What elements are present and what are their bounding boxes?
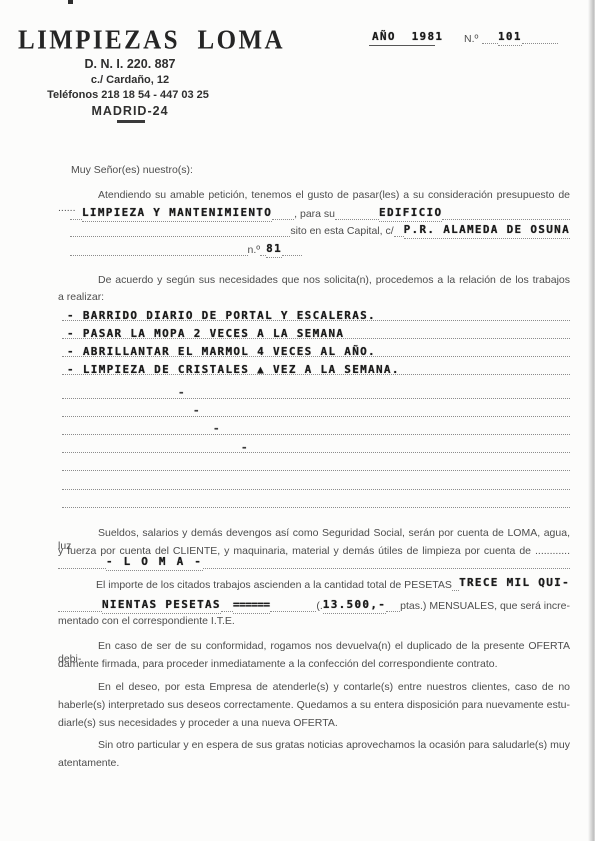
- amount-strike: ======: [233, 598, 270, 614]
- blank-dotted-line: [62, 489, 570, 490]
- para-su-label: , para su: [294, 208, 335, 222]
- sito-label: sito en esta Capital, c/: [290, 225, 393, 239]
- closing-para3-line2: atentamente.: [58, 757, 570, 770]
- numero-value: 81: [266, 242, 282, 258]
- leader-dots: [58, 566, 106, 569]
- amount-figures-line: NIENTAS PESETAS ====== (. 13.500,- ptas.…: [58, 597, 570, 614]
- amount-intro-line: El importe de los citados trabajos ascie…: [58, 576, 570, 593]
- leader-dots: [386, 609, 400, 612]
- doc-number-label: N.º: [464, 33, 478, 46]
- amount-words-2: NIENTAS PESETAS: [102, 598, 221, 614]
- leader-dots: [482, 41, 498, 44]
- job-item: - LIMPIEZA DE CRISTALES ▲ VEZ A LA SEMAN…: [67, 363, 400, 376]
- street-value: P.R. ALAMEDA DE OSUNA: [404, 223, 570, 239]
- job-item-row: - ABRILLANTAR EL MARMOL 4 VECES AL AÑO.: [62, 342, 570, 357]
- blank-dotted-line: [62, 416, 570, 417]
- blank-dotted-line: [62, 434, 570, 435]
- blank-line-dash: -: [213, 422, 221, 435]
- jobs-intro-line-2: a realizar:: [58, 291, 104, 304]
- leader-dots: [272, 217, 294, 220]
- blank-line-dash: -: [178, 386, 186, 399]
- amount-figures: 13.500,-: [323, 598, 386, 614]
- job-item: - PASAR LA MOPA 2 VECES A LA SEMANA: [67, 327, 344, 340]
- leader-dots: [70, 217, 82, 220]
- leader-dots: [70, 234, 290, 237]
- salutation: Muy Señor(es) nuestro(s):: [71, 164, 193, 177]
- service-fill-line: LIMPIEZA Y MANTENIMIENTO , para su EDIFI…: [70, 205, 570, 222]
- blank-dotted-line: [62, 398, 570, 399]
- job-item-row: - BARRIDO DIARIO DE PORTAL Y ESCALERAS.: [62, 306, 570, 321]
- jobs-intro-line-1: De acuerdo y según sus necesidades que n…: [58, 274, 570, 287]
- numero-label: n.º: [248, 244, 261, 258]
- leader-dots: [394, 234, 404, 237]
- leader-dots: [270, 609, 317, 612]
- amount-words-1: TRECE MIL QUI-: [459, 576, 570, 589]
- scan-shadow-right: [588, 0, 595, 841]
- year-value: AÑO 1981: [372, 30, 443, 43]
- amount-tail: ptas.) MENSUALES, que será incre-: [400, 600, 570, 614]
- leader-dots: [282, 253, 302, 256]
- leader-dots: [221, 609, 233, 612]
- scan-artifact-mark: [68, 0, 73, 4]
- street-fill-line: sito en esta Capital, c/ P.R. ALAMEDA DE…: [70, 222, 570, 239]
- leader-dots: [335, 217, 379, 220]
- leader-dots: [442, 217, 570, 220]
- company-address: c./ Cardaño, 12: [55, 74, 205, 86]
- year-underline: [369, 45, 435, 46]
- closing-para1-line2: damente firmada, para proceder inmediata…: [58, 658, 570, 671]
- doc-number-field: 101: [482, 30, 558, 46]
- company-name: LIMPIEZAS LOMA: [18, 26, 285, 56]
- doc-number-value: 101: [498, 30, 522, 46]
- job-item: - ABRILLANTAR EL MARMOL 4 VECES AL AÑO.: [67, 345, 376, 358]
- company-phones: Teléfonos 218 18 54 - 447 03 25: [8, 89, 248, 101]
- blank-line-dash: -: [193, 404, 201, 417]
- company-fill-value: - L O M A -: [106, 555, 203, 571]
- scanned-letter-page: LIMPIEZAS LOMA D. N. I. 220. 887 c./ Car…: [0, 0, 595, 841]
- leader-dots: [452, 588, 459, 591]
- blank-line-dash: -: [241, 441, 249, 454]
- number-fill-line: n.º 81: [70, 241, 302, 258]
- building-type-value: EDIFICIO: [379, 206, 442, 222]
- job-item-row: - PASAR LA MOPA 2 VECES A LA SEMANA: [62, 324, 570, 339]
- closing-para2-line2: haberle(s) interpretado sus deseos corre…: [58, 699, 570, 712]
- service-type-value: LIMPIEZA Y MANTENIMIENTO: [82, 206, 272, 222]
- leader-dots: [58, 609, 102, 612]
- leader-dots: [522, 41, 558, 44]
- blank-dotted-line: [62, 470, 570, 471]
- blank-dotted-line: [62, 507, 570, 508]
- blank-dotted-line: [62, 452, 570, 453]
- leader-dots: [203, 566, 570, 569]
- amount-intro: El importe de los citados trabajos ascie…: [58, 579, 452, 593]
- company-city: MADRID-24: [55, 104, 205, 118]
- company-fill-line: - L O M A -: [58, 556, 570, 571]
- closing-para3-line1: Sin otro particular y en espera de sus g…: [58, 739, 570, 752]
- letterhead-rule: [117, 120, 145, 123]
- closing-para2-line3: diarle(s) sus necesidades y proceder a u…: [58, 717, 570, 730]
- closing-para2-line1: En el deseo, por esta Empresa de atender…: [58, 681, 570, 694]
- company-dni: D. N. I. 220. 887: [55, 57, 205, 71]
- job-item-row: - LIMPIEZA DE CRISTALES ▲ VEZ A LA SEMAN…: [62, 360, 570, 375]
- job-item: - BARRIDO DIARIO DE PORTAL Y ESCALERAS.: [67, 309, 376, 322]
- ite-line: mentado con el correspondiente I.T.E.: [58, 615, 235, 628]
- leader-dots: [70, 253, 248, 256]
